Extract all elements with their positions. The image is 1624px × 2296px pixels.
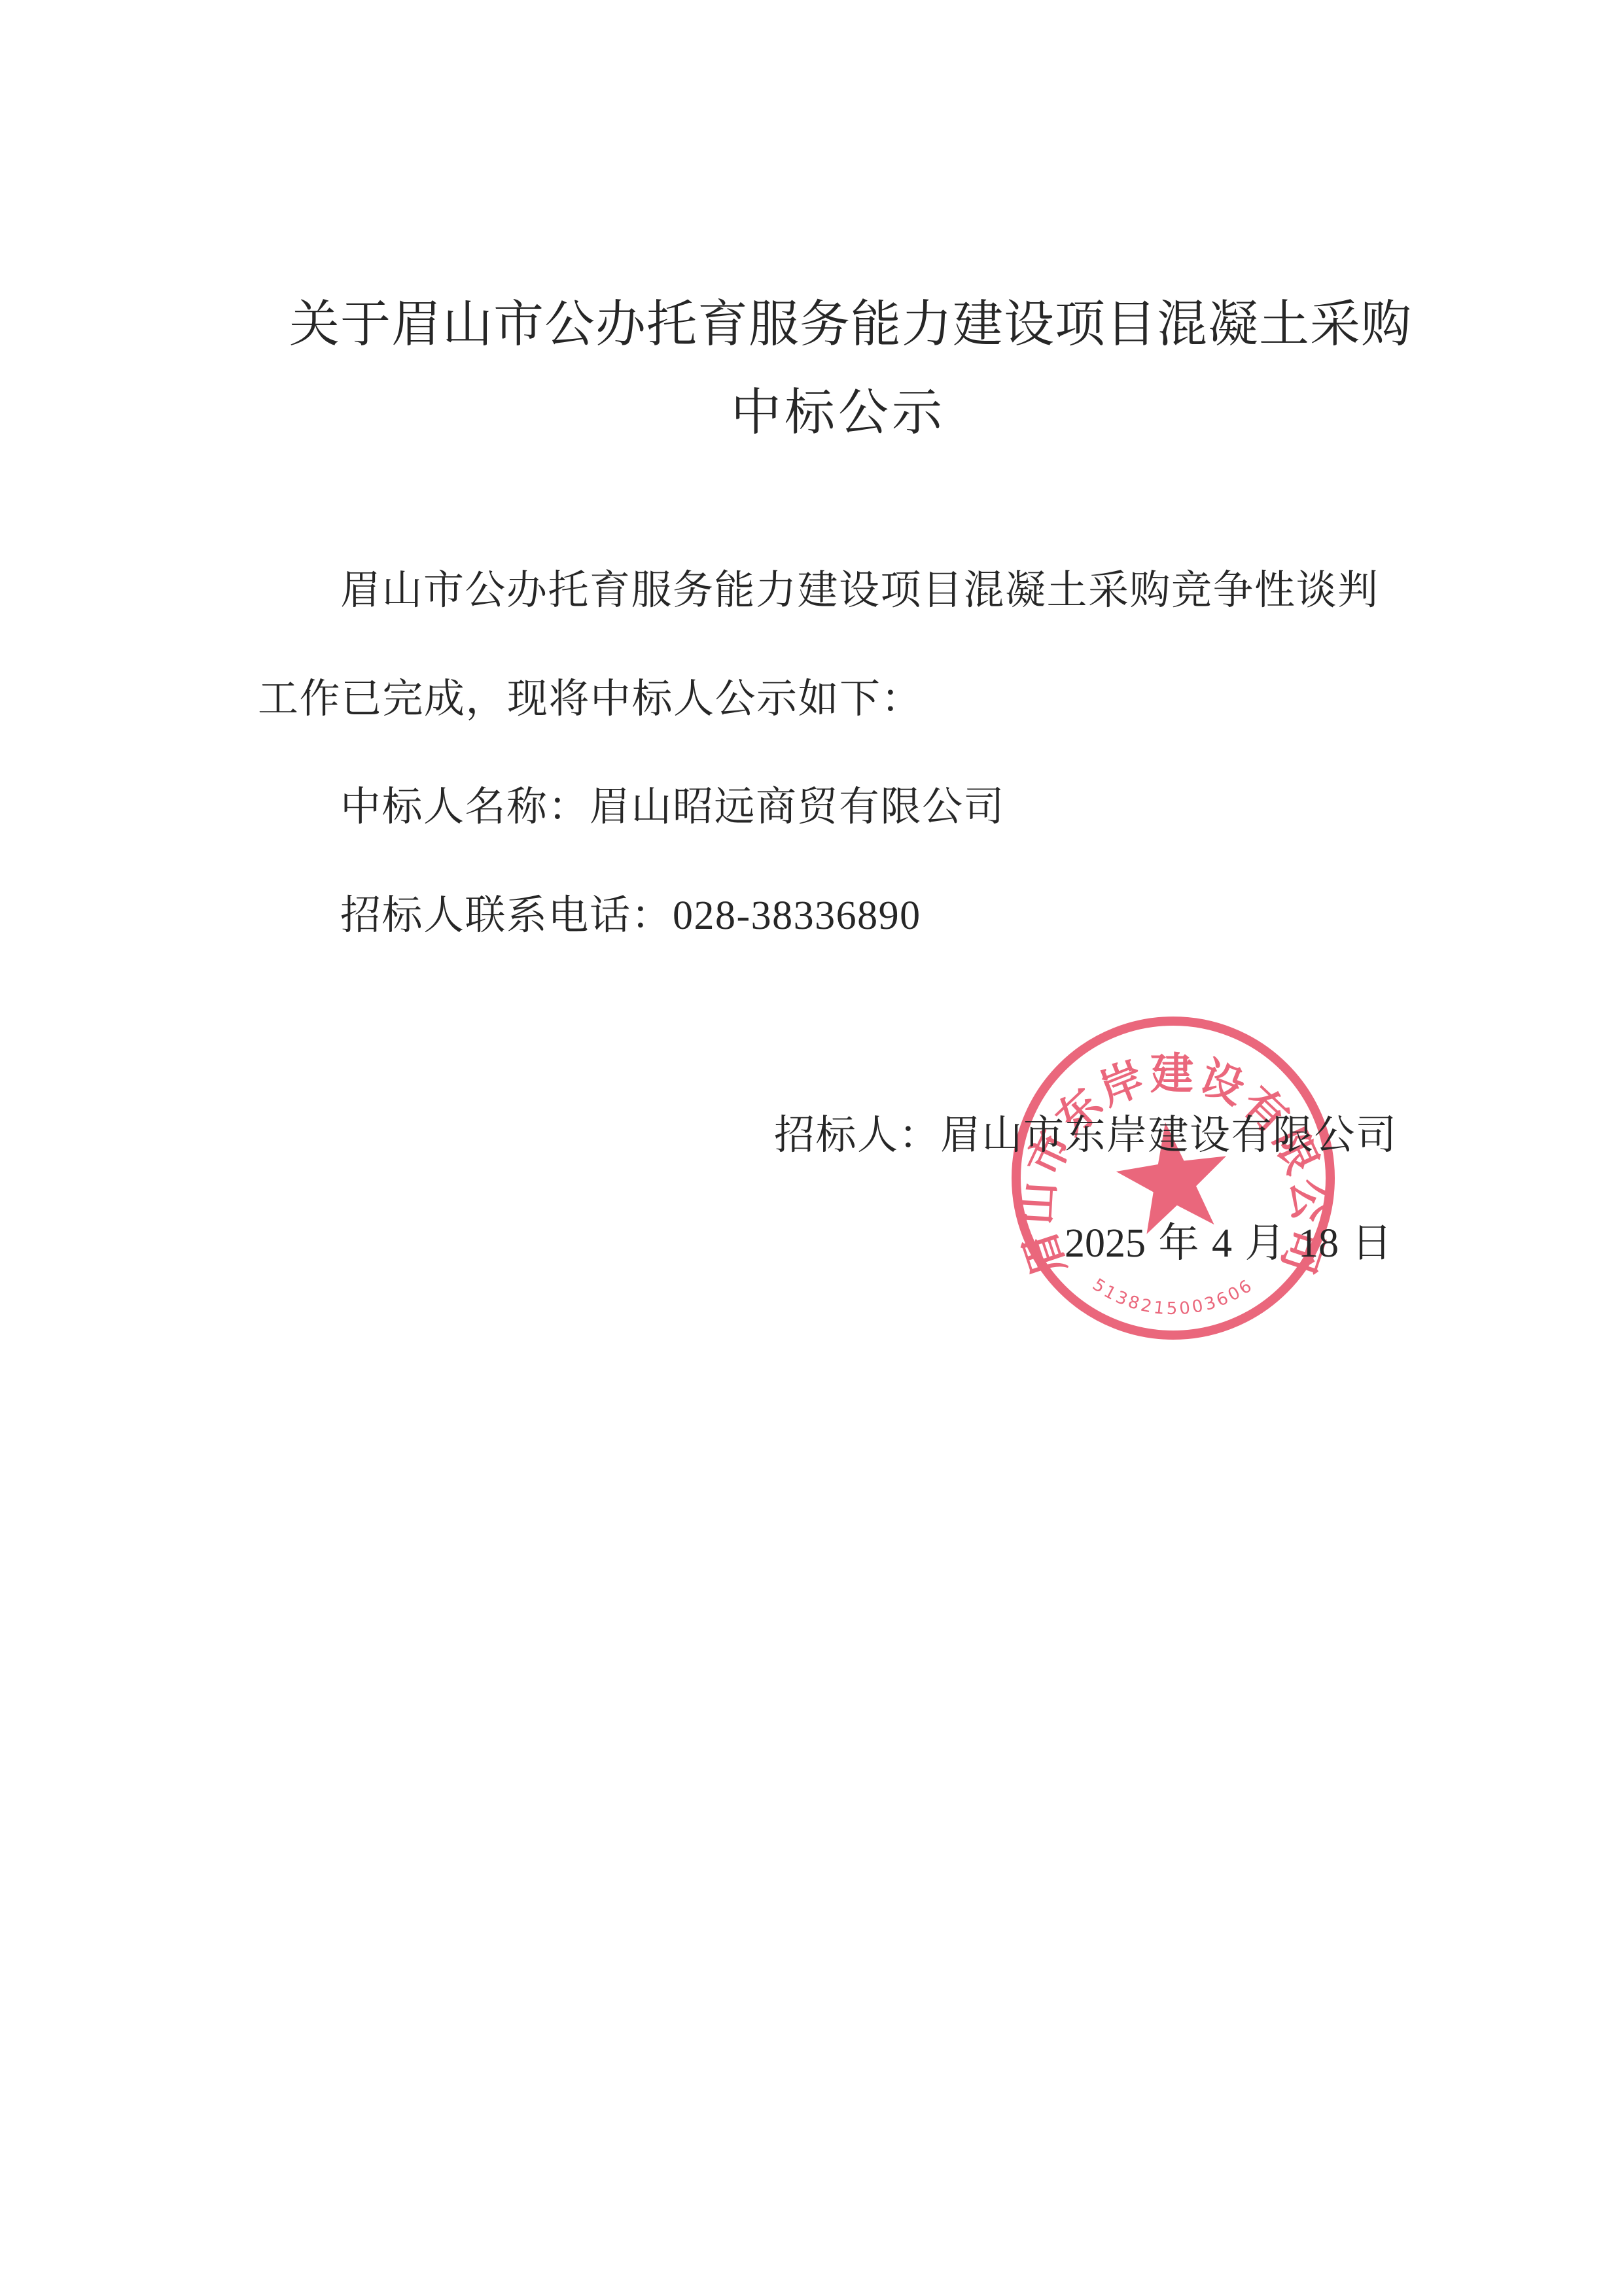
tenderer-signature-line: 招标人：眉山市东岸建设有限公司 <box>774 1115 1398 1156</box>
tenderer-label: 招标人： <box>774 1113 940 1158</box>
tenderer-name: 眉山市东岸建设有限公司 <box>940 1113 1398 1158</box>
intro-paragraph-line2: 工作已完成，现将中标人公示如下： <box>258 679 923 720</box>
document-page: 眉山市东岸建设有限公司 5138215003606 关于眉山市公办托育服务能力建… <box>0 0 1624 2296</box>
intro-paragraph-line1: 眉山市公办托育服务能力建设项目混凝土采购竞争性谈判 <box>340 570 1379 611</box>
winning-bidder-label: 中标人名称： <box>340 785 590 829</box>
contact-phone-line: 招标人联系电话：028-38336890 <box>340 896 921 936</box>
contact-phone-label: 招标人联系电话： <box>340 894 673 938</box>
document-text: 关于眉山市公办托育服务能力建设项目混凝土采购 中标公示 眉山市公办托育服务能力建… <box>0 0 1624 2296</box>
document-title-line2: 中标公示 <box>731 388 945 438</box>
winning-bidder-line: 中标人名称：眉山昭远商贸有限公司 <box>340 787 1005 827</box>
signature-date: 2025 年 4 月 18 日 <box>1065 1223 1392 1264</box>
winning-bidder-name: 眉山昭远商贸有限公司 <box>590 785 1005 829</box>
contact-phone-number: 028-38336890 <box>673 894 921 938</box>
document-title-line1: 关于眉山市公办托育服务能力建设项目混凝土采购 <box>289 300 1412 350</box>
